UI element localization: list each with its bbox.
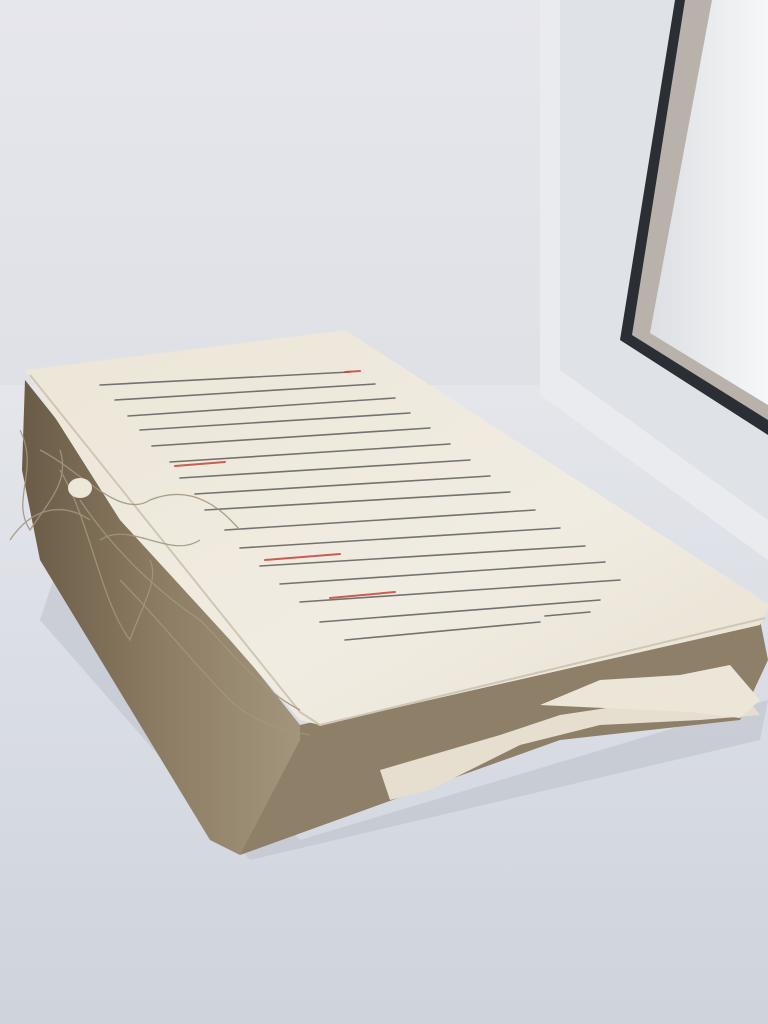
- photo-scene: Old worn book with torn pages and loose …: [0, 0, 768, 1024]
- scene-illustration: [0, 0, 768, 1024]
- torn-fragment: [68, 478, 92, 498]
